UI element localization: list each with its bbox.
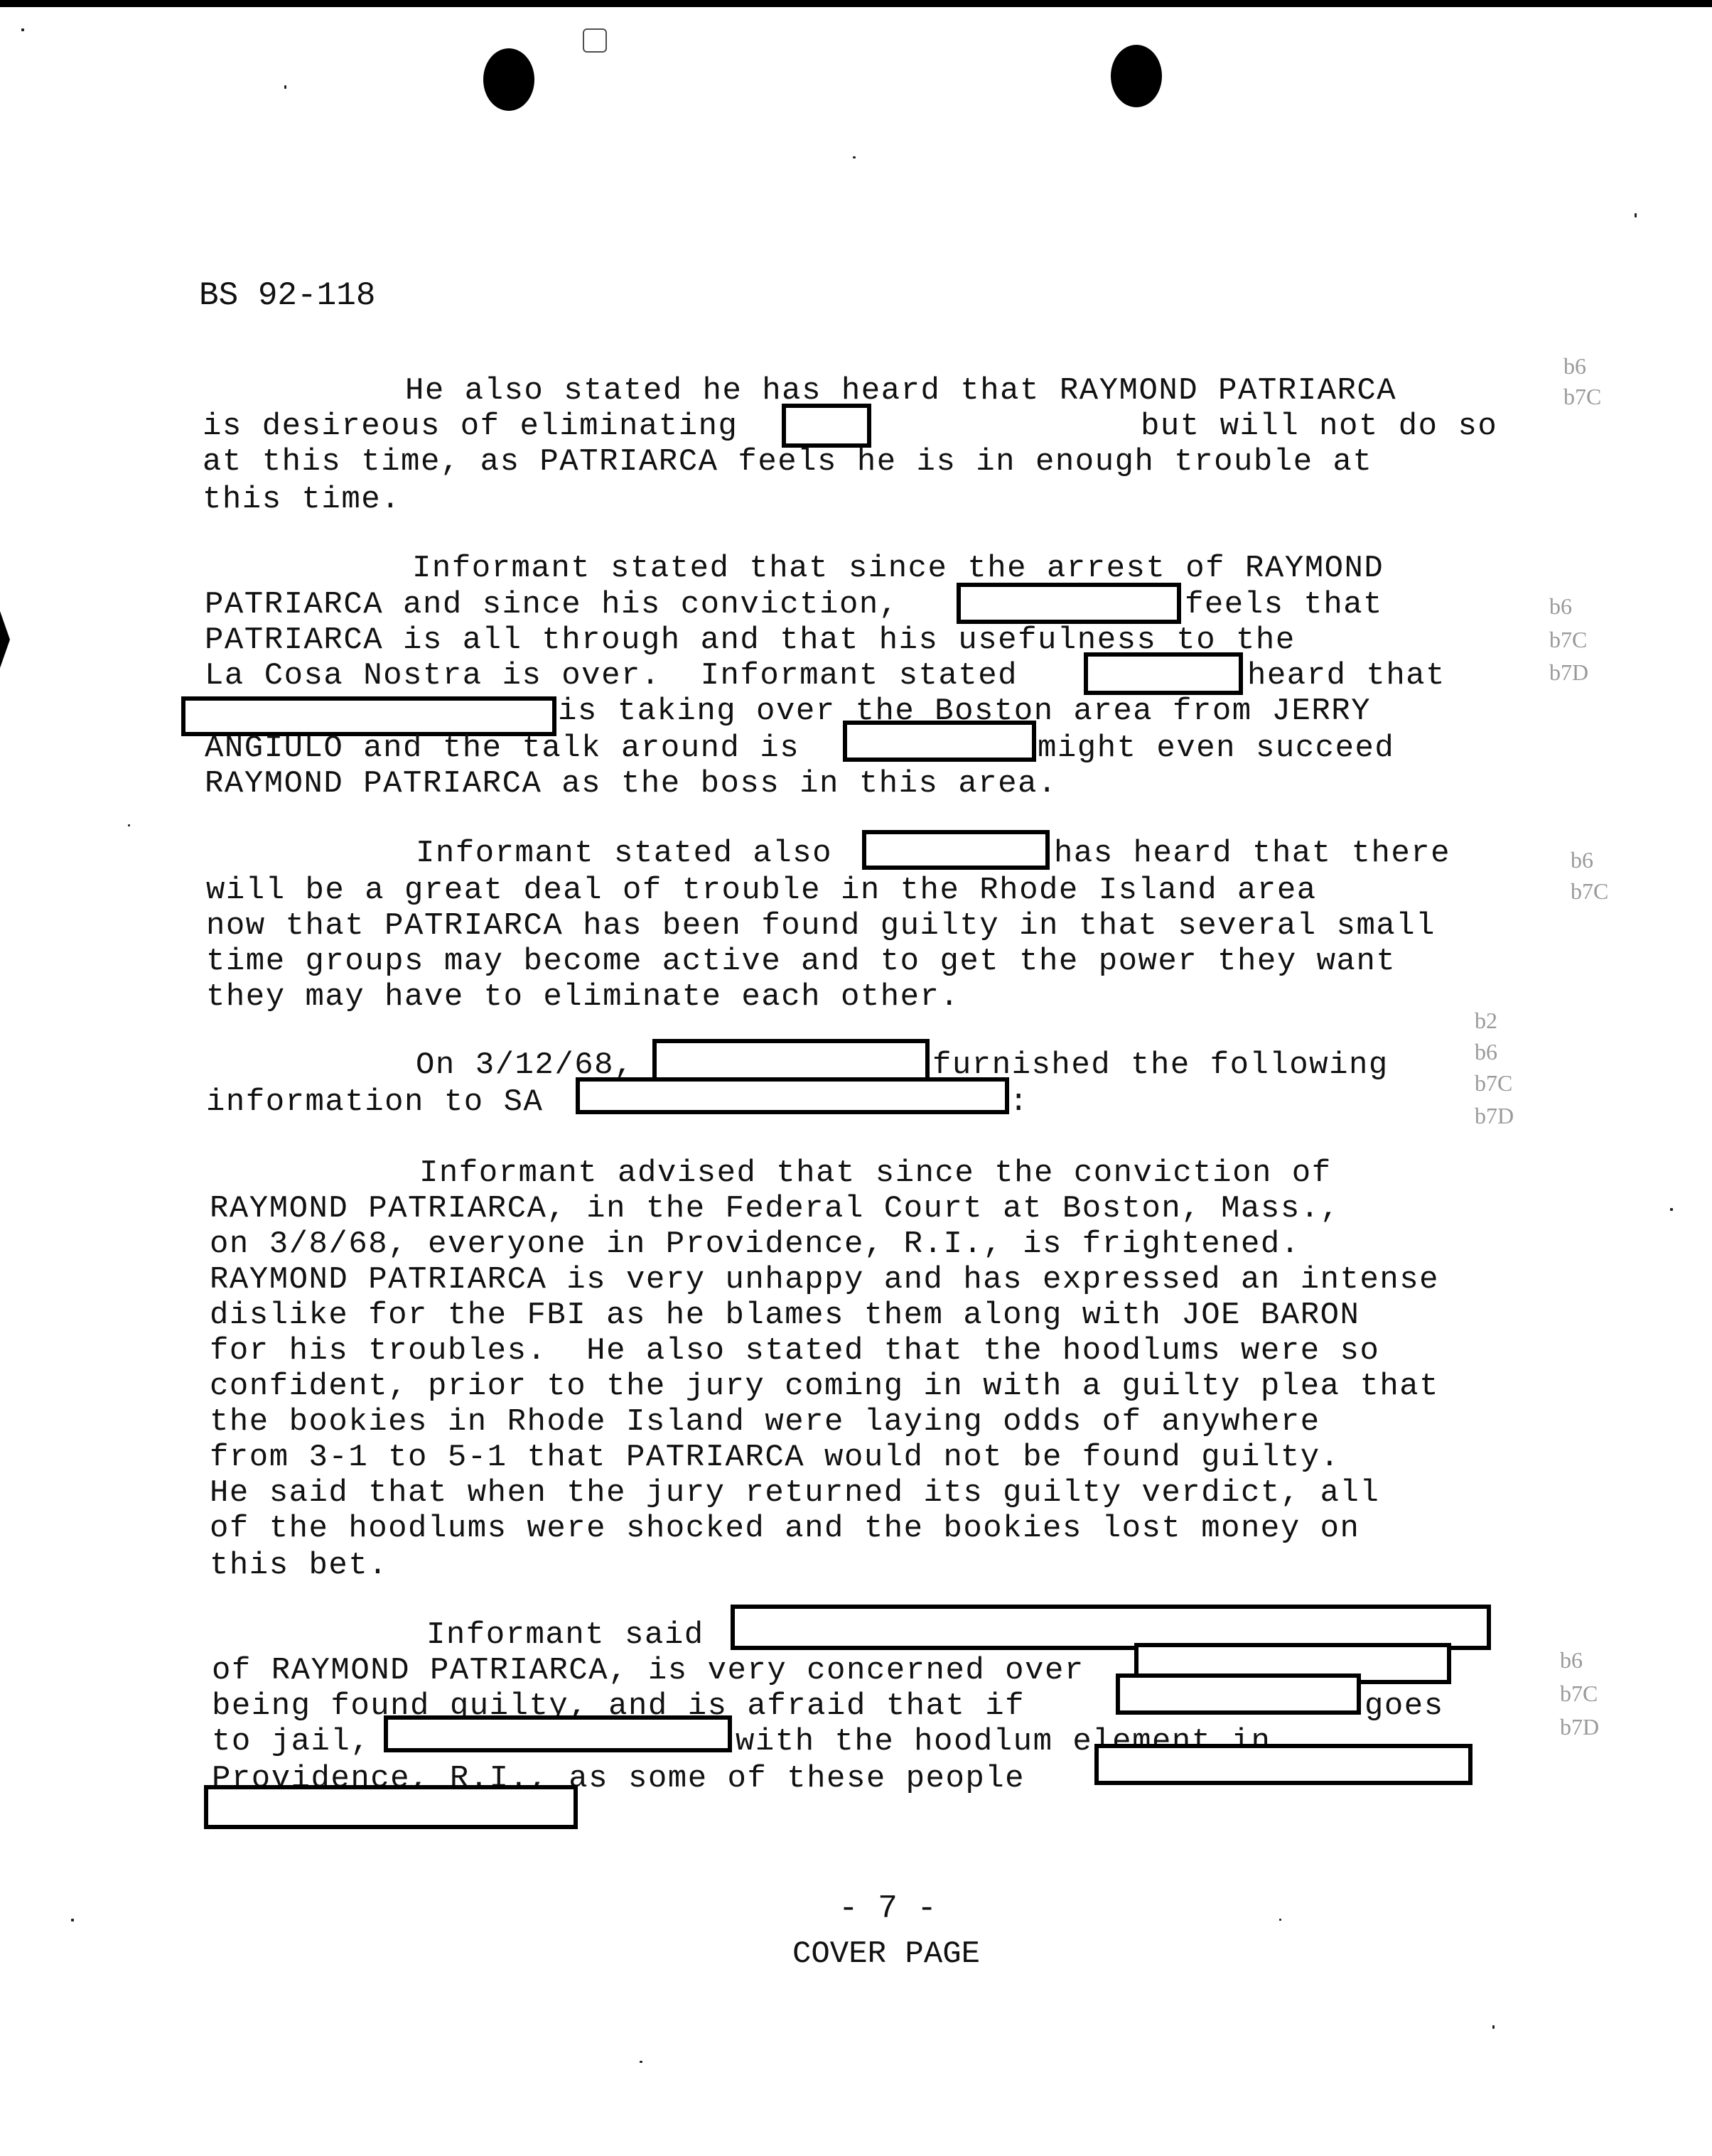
scan-speck (1670, 1208, 1673, 1211)
exemption-code: b6 (1571, 847, 1593, 873)
redaction-box (576, 1077, 1009, 1114)
scan-speck (1279, 1919, 1281, 1921)
redaction-box (1084, 652, 1243, 695)
redaction-box (652, 1039, 930, 1082)
text-line: this bet. (210, 1548, 388, 1583)
exemption-code: b6 (1475, 1039, 1497, 1065)
text-line: they may have to eliminate each other. (206, 979, 959, 1015)
redaction-box (1094, 1744, 1473, 1785)
exemption-code: b7C (1571, 878, 1608, 905)
exemption-code: b7C (1563, 384, 1601, 410)
redaction-box (957, 583, 1181, 624)
margin-mark (0, 611, 10, 668)
text-line: but will not do so (1141, 409, 1497, 444)
document-page: BS 92-118 He also stated he has heard th… (0, 0, 1712, 2156)
text-line: goes (1364, 1688, 1444, 1724)
text-line: is desireous of eliminating (203, 409, 738, 444)
exemption-code: b7D (1475, 1103, 1514, 1129)
text-line: will be a great deal of trouble in the R… (206, 873, 1317, 908)
text-line: of the hoodlums were shocked and the boo… (210, 1511, 1360, 1546)
exemption-code: b6 (1560, 1647, 1583, 1673)
text-line: on 3/8/68, everyone in Providence, R.I.,… (210, 1227, 1301, 1262)
exemption-code: b7D (1549, 659, 1588, 686)
redaction-box (384, 1715, 732, 1752)
scan-speck (1635, 213, 1637, 217)
text-line: might even succeed (1038, 731, 1394, 766)
exemption-code: b6 (1549, 593, 1572, 620)
exemption-code: b7C (1475, 1070, 1512, 1096)
scan-speck (71, 1919, 74, 1921)
text-line: of RAYMOND PATRIARCA, is very concerned … (212, 1653, 1084, 1688)
text-line: feels that (1185, 587, 1383, 622)
redaction-box (204, 1785, 578, 1829)
footer-label: COVER PAGE (792, 1936, 980, 1972)
text-line: RAYMOND PATRIARCA as the boss in this ar… (205, 766, 1057, 802)
scan-speck (853, 156, 856, 158)
redaction-box (782, 404, 871, 448)
exemption-code: b7C (1560, 1681, 1598, 1707)
text-line: Informant stated that since the arrest o… (412, 551, 1384, 586)
text-line: confident, prior to the jury coming in w… (210, 1369, 1439, 1404)
page-number: - 7 - (839, 1890, 937, 1927)
text-line: from 3-1 to 5-1 that PATRIARCA would not… (210, 1440, 1340, 1475)
punch-hole-right (1111, 45, 1162, 107)
text-line: has heard that there (1054, 836, 1450, 871)
text-line: now that PATRIARCA has been found guilty… (206, 908, 1436, 944)
text-line: RAYMOND PATRIARCA, in the Federal Court … (210, 1191, 1340, 1227)
redaction-box (843, 721, 1036, 762)
scan-edge (0, 0, 1712, 7)
text-line: at this time, as PATRIARCA feels he is i… (203, 444, 1372, 480)
text-line: He also stated he has heard that RAYMOND… (405, 373, 1396, 409)
redaction-box (862, 830, 1050, 870)
stamp-mark (583, 28, 607, 53)
text-line: La Cosa Nostra is over. Informant stated (205, 658, 1018, 694)
text-line: ANGIULO and the talk around is (205, 731, 800, 766)
exemption-code: b2 (1475, 1008, 1497, 1034)
exemption-code: b6 (1563, 353, 1586, 379)
scan-speck (640, 2061, 642, 2063)
text-line: the bookies in Rhode Island were laying … (210, 1404, 1320, 1440)
text-line: time groups may become active and to get… (206, 944, 1396, 979)
text-line: heard that (1247, 658, 1445, 694)
scan-speck (1492, 2025, 1495, 2029)
redaction-box (1116, 1673, 1361, 1715)
scan-speck (284, 85, 286, 89)
text-line: Informant advised that since the convict… (419, 1155, 1332, 1191)
file-number: BS 92-118 (199, 277, 375, 314)
exemption-code: b7C (1549, 627, 1587, 653)
text-line: PATRIARCA and since his conviction, (205, 587, 899, 622)
text-line: Informant said (426, 1617, 704, 1653)
exemption-code: b7D (1560, 1714, 1599, 1740)
text-line: Informant stated also (416, 836, 832, 871)
text-line: to jail, (212, 1724, 370, 1759)
scan-speck (128, 824, 130, 826)
scan-speck (21, 28, 24, 31)
punch-hole-left (483, 48, 534, 111)
text-line: this time. (203, 482, 401, 517)
text-line: He said that when the jury returned its … (210, 1475, 1379, 1511)
text-line: for his troubles. He also stated that th… (210, 1333, 1379, 1369)
text-line: information to SA (206, 1084, 543, 1120)
text-line: : (1009, 1084, 1029, 1120)
text-line: dislike for the FBI as he blames them al… (210, 1298, 1360, 1333)
text-line: RAYMOND PATRIARCA is very unhappy and ha… (210, 1262, 1439, 1298)
